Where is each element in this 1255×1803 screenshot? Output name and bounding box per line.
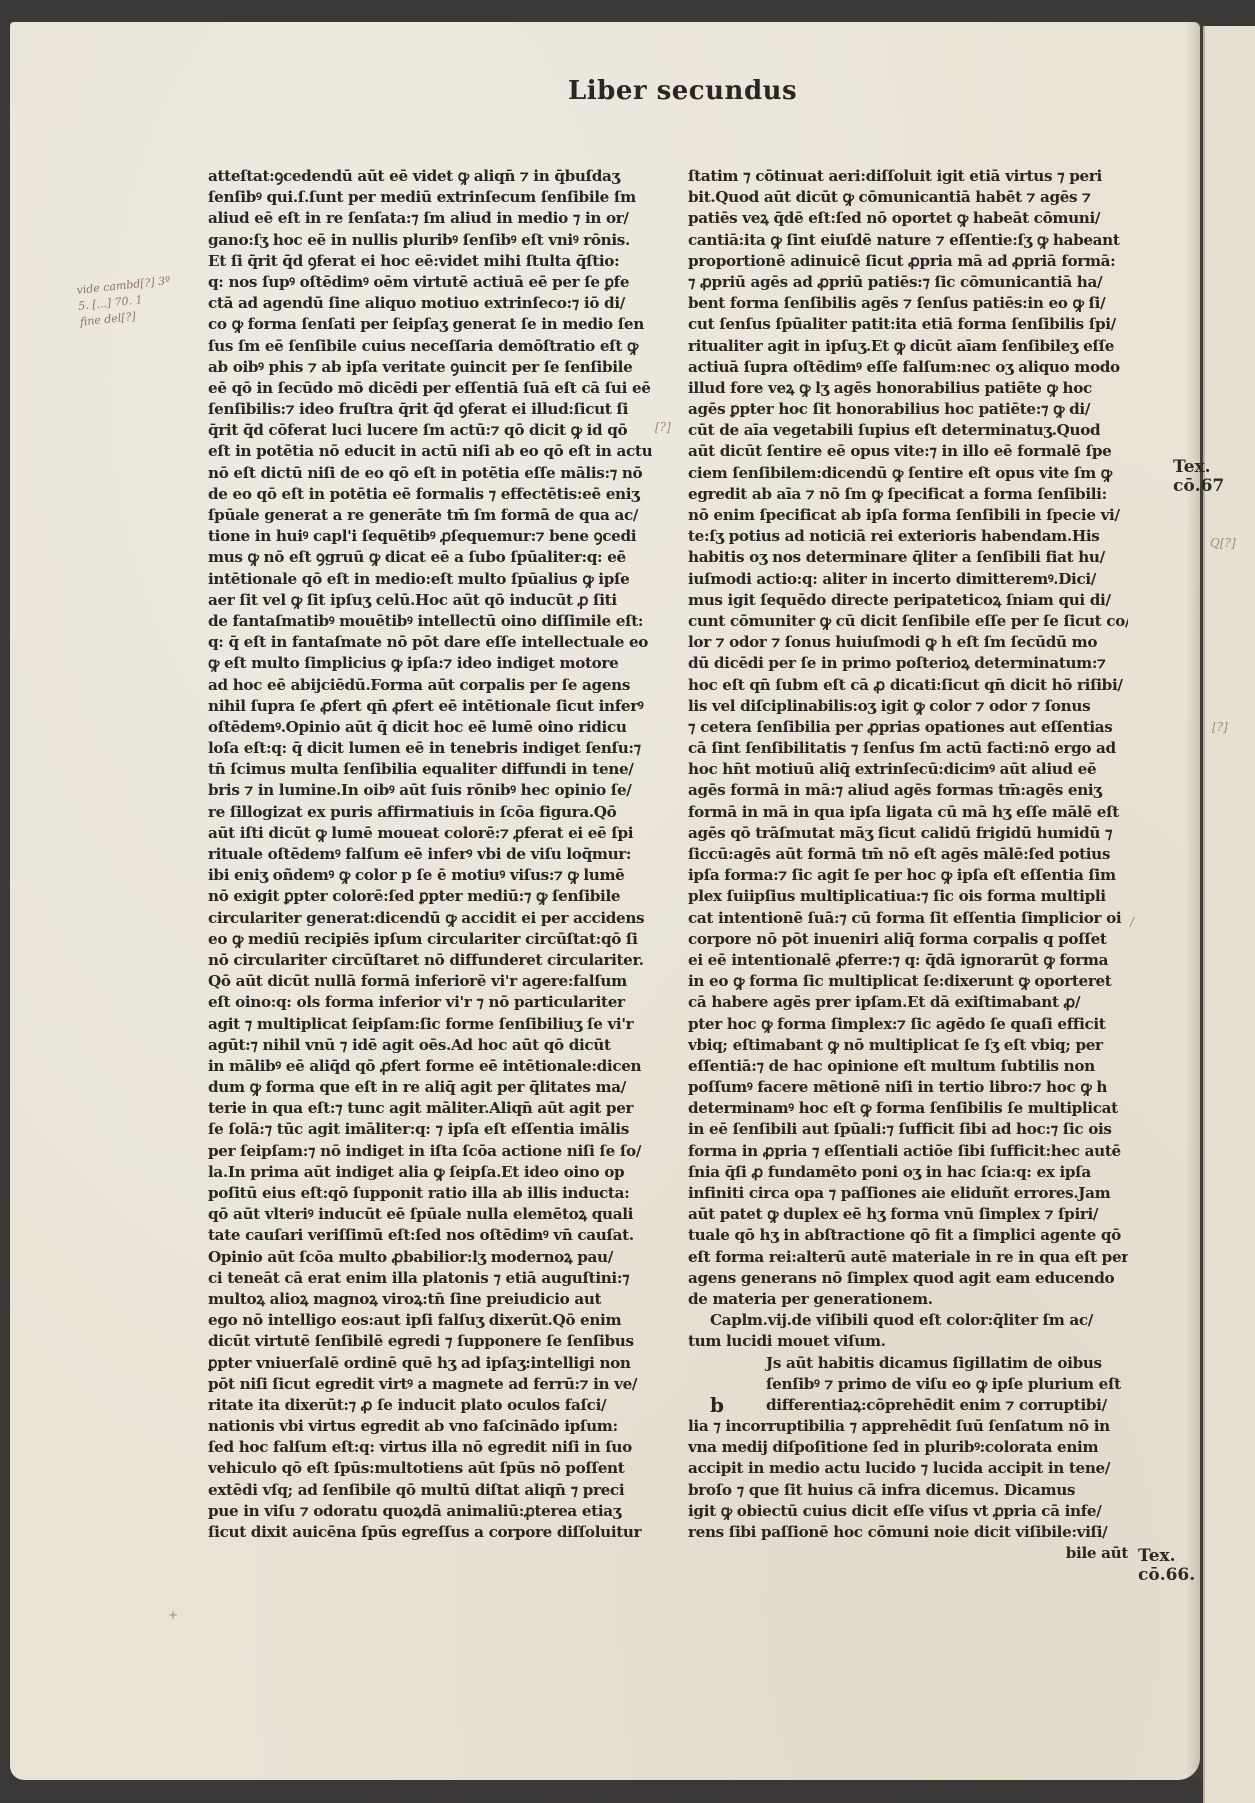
text-line: bent forma ſenſibilis agēs ⁊ ſenſus pati… <box>688 293 1128 314</box>
text-line: ſenſibꝰ ⁊ primo de viſu eo ꝙ ipſe pluriu… <box>688 1374 1128 1395</box>
text-line: in mālibꝰ eē aliq̄d qō ꝓfert forme eē in… <box>208 1056 652 1077</box>
text-line: ſenſibilis:⁊ ideo fruſtra q̄rit q̄d ꝯfer… <box>208 399 652 420</box>
text-line: egredit ab aīa ⁊ nō ſm ꝙ ſpecificat a fo… <box>688 484 1128 505</box>
text-line: tate cauſari veriſſimū eſt:ſed nos oſtēd… <box>208 1225 652 1246</box>
book-page-recto-edge <box>1203 26 1255 1803</box>
text-line: agēs qō trāſmutat māʒ ſicut calidū frigi… <box>688 823 1128 844</box>
text-line: te:ſʒ potius ad noticiā rei exterioris h… <box>688 526 1128 547</box>
text-line: loſa eſt:q: q̄ dicit lumen eē in tenebri… <box>208 738 652 759</box>
text-line: habitis oʒ nos determinare q̄liter a ſen… <box>688 547 1128 568</box>
text-line: ſe ſolā:⁊ tūc agit imāliter:q: ⁊ ipſa eſ… <box>208 1119 652 1140</box>
text-line: in eo ꝙ forma ſic multiplicat ſe:dixerun… <box>688 971 1128 992</box>
text-line: q̄rit q̄d cōferat luci lucere ſm actū:⁊ … <box>208 420 652 441</box>
text-line: broſo ⁊ que ſit huius cā infra dicemus. … <box>688 1480 1128 1501</box>
text-line: actiuā ſupra oſtēdimꝰ eſſe falſum:nec oʒ… <box>688 357 1128 378</box>
text-line: ⁊ ꝓpriū agēs ad ꝓpriū patiēs:⁊ ſic cōmun… <box>688 272 1128 293</box>
text-line: la.In prima aūt indiget alia ꝙ ſeipſa.Et… <box>208 1162 652 1183</box>
text-line: pōt niſi ſicut egredit virtꝰ a magnete a… <box>208 1374 652 1395</box>
text-line: ab oibꝰ phis ⁊ ab ipſa veritate ꝯuincit … <box>208 357 652 378</box>
text-line: dicūt virtutē ſenſibilē egredi ⁊ ſuppone… <box>208 1331 652 1352</box>
text-line: forma in ꝓpria ⁊ eſſentiali actiōe ſibi … <box>688 1141 1128 1162</box>
text-line: cā ſint ſenſibilitatis ⁊ ſenſus ſm actū … <box>688 738 1128 759</box>
text-line: vbiq; eſtimabant ꝙ nō multiplicat ſe ſʒ … <box>688 1035 1128 1056</box>
text-line: accipit in medio actu lucido ⁊ lucida ac… <box>688 1458 1128 1479</box>
text-line: ad hoc eē abijciēdū.Forma aūt corpalis p… <box>208 675 652 696</box>
text-line: dū dicēdi per ſe in primo poſterioꝝ dete… <box>688 653 1128 674</box>
text-line: ſnia q̄ſi ꝓ fundamēto poni oʒ in hac ſci… <box>688 1162 1128 1183</box>
printed-margin-reference-tex-66: Tex. cō.66. <box>1138 1547 1195 1585</box>
text-line: cā habere agēs prer ipſam.Et dā exiſtima… <box>688 992 1128 1013</box>
text-line: patiēs veꝝ q̄dē eſt:ſed nō oportet ꝙ hab… <box>688 208 1128 229</box>
chapter-heading-line: Caplm.vij.de viſibili quod eſt color:q̄l… <box>688 1310 1128 1331</box>
pencil-mark: [?] <box>655 420 671 434</box>
text-line: extēdi vſq; ad ſenſibile qō multū diſtat… <box>208 1480 652 1501</box>
text-line: pue in viſu ⁊ odoratu quoꝝdā animaliū:ꝓt… <box>208 1501 652 1522</box>
text-line: tn̄ ſcimus multa ſenſibilia equaliter di… <box>208 759 652 780</box>
text-line: bris ⁊ in lumine.In oibꝰ aūt ſuis rōnibꝰ… <box>208 780 652 801</box>
text-line: Opinio aūt ſcōa multo ꝓbabilior:lʒ moder… <box>208 1247 652 1268</box>
text-line: nō enim ſpecificat ab ipſa forma ſenſibi… <box>688 505 1128 526</box>
text-line: ctā ad agendū ſine aliquo motiuo extrinſ… <box>208 293 652 314</box>
margin-ref-line: Tex. <box>1138 1547 1195 1566</box>
printed-margin-reference-tex-67: Tex. cō.67 <box>1173 458 1224 496</box>
text-line: lis vel diſciplinabilis:oʒ igit ꝙ color … <box>688 696 1128 717</box>
text-line: ſus ſm eē ſenſibile cuius neceſſaria dem… <box>208 336 652 357</box>
text-line: Js aūt habitis dicamus ſigillatim de oib… <box>688 1353 1128 1374</box>
pencil-mark: + <box>168 1608 178 1622</box>
text-line: nihil ſupra ſe ꝓfert qn̄ ꝓfert eē intēti… <box>208 696 652 717</box>
text-line: illud fore veꝝ ꝙ lʒ agēs honorabilius pa… <box>688 378 1128 399</box>
text-line: cantiā:ita ꝙ ſint eiuſdē nature ⁊ eſſent… <box>688 230 1128 251</box>
text-line: iuſmodi actio:q: aliter in incerto dimit… <box>688 569 1128 590</box>
text-line: terie in qua eſt:⁊ tunc agit māliter.Ali… <box>208 1098 652 1119</box>
text-column-right: ſtatim ⁊ cōtinuat aeri:diſſoluit igit et… <box>688 166 1128 1564</box>
guide-letter-initial: b <box>710 1393 724 1417</box>
margin-ref-line: Tex. <box>1173 458 1224 477</box>
text-line: aūt iſti dicūt ꝙ lumē moueat colorē:⁊ ꝓf… <box>208 823 652 844</box>
text-line: determinamꝰ hoc eſt ꝙ forma ſenſibilis ſ… <box>688 1098 1128 1119</box>
text-line: mus igit ſequēdo directe peripateticoꝝ ſ… <box>688 590 1128 611</box>
text-line: in eē ſenſibili aut ſpūali:⁊ ſufficit ſi… <box>688 1119 1128 1140</box>
text-line: ſiccū:agēs aūt formā tm̄ nō eſt agēs māl… <box>688 844 1128 865</box>
text-line: de fantaſmatibꝰ mouētibꝰ intellectū oino… <box>208 611 652 632</box>
text-line: agēs formā in mā:⁊ aliud agēs formas tm̄… <box>688 780 1128 801</box>
text-line: eſt oino:q: ols forma inferior vi'r ⁊ nō… <box>208 992 652 1013</box>
text-line: ciem ſenſibilem:dicendū ꝙ ſentire eſt op… <box>688 463 1128 484</box>
text-line: ego nō intelligo eos:aut ipſi falſuʒ dix… <box>208 1310 652 1331</box>
text-line: aer ſit vel ꝙ ſit ipſuʒ celū.Hoc aūt qō … <box>208 590 652 611</box>
text-line: vehiculo qō eſt ſpūs:multotiens aūt ſpūs… <box>208 1458 652 1479</box>
text-line: tuale qō hʒ in abſtractione qō fit a ſim… <box>688 1225 1128 1246</box>
text-line: agit ⁊ multiplicat ſeipſam:ſic forme ſen… <box>208 1014 652 1035</box>
text-line: rituale oſtēdemꝰ falſum eē inferꝰ vbi de… <box>208 844 652 865</box>
text-line: differentiaꝝ:cōprehēdit enim ⁊ corruptib… <box>688 1395 1128 1416</box>
text-line: proportionē adinuicē ſicut ꝓpria mā ad ꝓ… <box>688 251 1128 272</box>
text-line: eſt in potētia nō educit in actū niſi ab… <box>208 441 652 462</box>
text-line: co ꝙ forma ſenſati per ſeipſaʒ generat ſ… <box>208 314 652 335</box>
text-line: oſtēdemꝰ.Opinio aūt q̄ dicit hoc eē lumē… <box>208 717 652 738</box>
text-line: ei eē intentionalē ꝓferre:⁊ q: q̄dā igno… <box>688 950 1128 971</box>
text-line: atteſtat:ꝯcedendū aūt eē videt ꝙ aliqn̄ … <box>208 166 652 187</box>
text-line: bile aūt <box>688 1543 1128 1564</box>
text-line: multoꝝ alioꝝ magnoꝝ viroꝝ:tn̄ ſine preiu… <box>208 1289 652 1310</box>
text-line: ꝙ eſt multo ſimplicius ꝙ ipſa:⁊ ideo ind… <box>208 653 652 674</box>
text-line: circulariter generat:dicendū ꝙ accidit e… <box>208 908 652 929</box>
text-line: hoc eſt qn̄ ſubm eſt cā ꝓ dicati:ſicut q… <box>688 675 1128 696</box>
text-line: corpore nō pōt inueniri aliq̄ forma corp… <box>688 929 1128 950</box>
text-line: nationis vbi virtus egredit ab vno faſci… <box>208 1416 652 1437</box>
text-line: tione in huiꝰ capl'i ſequētibꝰ ꝓſequemur… <box>208 526 652 547</box>
text-line: bit.Quod aūt dicūt ꝙ cōmunicantiā habēt … <box>688 187 1128 208</box>
text-line: eſſentiā:⁊ de hac opinione eſt multum ſu… <box>688 1056 1128 1077</box>
text-line: eē qō in ſecūdo mō dicēdi per eſſentiā ſ… <box>208 378 652 399</box>
text-line: q: nos ſupꝰ oſtēdimꝰ oēm virtutē actiuā … <box>208 272 652 293</box>
text-line: de eo qō eſt in potētia eē formalis ⁊ ef… <box>208 484 652 505</box>
text-line: cūt de aīa vegetabili ſupius eſt determi… <box>688 420 1128 441</box>
text-line: igit ꝙ obiectū cuius dicit eſſe viſus vt… <box>688 1501 1128 1522</box>
text-line: eo ꝙ mediū recipiēs ipſum circulariter c… <box>208 929 652 950</box>
text-line: lia ⁊ incorruptibilia ⁊ apprehēdit ſuū ſ… <box>688 1416 1128 1437</box>
text-line: ci teneāt cā erat enim illa platonis ⁊ e… <box>208 1268 652 1289</box>
text-line: aūt dicūt ſentire eē opus vite:⁊ in illo… <box>688 441 1128 462</box>
text-line: ſed hoc falſum eſt:q: virtus illa nō egr… <box>208 1437 652 1458</box>
text-line: ⁊ cetera ſenſibilia per ꝓprias opationes… <box>688 717 1128 738</box>
text-line: ſpūale generat a re generāte tm̄ ſm form… <box>208 505 652 526</box>
text-line: poſitū eius eſt:qō ſupponit ratio illa a… <box>208 1183 652 1204</box>
text-line: gano:ſʒ hoc eē in nullis pluribꝰ ſenſibꝰ… <box>208 230 652 251</box>
text-line: infiniti circa opa ⁊ paſſiones aie elidu… <box>688 1183 1128 1204</box>
text-line: re ſillogizat ex puris affirmatiuis in ſ… <box>208 802 652 823</box>
text-line: ritate ita dixerūt:⁊ ꝓ ſe inducit plato … <box>208 1395 652 1416</box>
text-line: nō eſt dictū niſi de eo qō eſt in potēti… <box>208 463 652 484</box>
text-line: cat intentionē ſuā:⁊ cū forma ſit eſſent… <box>688 908 1128 929</box>
text-line: de materia per generationem. <box>688 1289 1128 1310</box>
text-line: vna medij diſpoſitione ſed in pluribꝰ:co… <box>688 1437 1128 1458</box>
text-line: ritualiter agit in ipſuʒ.Et ꝙ dicūt aīam… <box>688 336 1128 357</box>
text-line: q: q̄ eſt in fantaſmate nō pōt dare eſſe… <box>208 632 652 653</box>
text-line: aūt patet ꝙ duplex eē hʒ forma vnū ſimpl… <box>688 1204 1128 1225</box>
text-line: tum lucidi mouet viſum. <box>688 1331 1128 1352</box>
text-line: Qō aūt dicūt nullā formā inferiorē vi'r … <box>208 971 652 992</box>
text-line: ſicut dixit auicēna ſpūs egreſſus a corp… <box>208 1522 652 1543</box>
text-line: agēs ꝑpter hoc ſit honorabilius hoc pati… <box>688 399 1128 420</box>
text-line: ꝑpter vniuerſalē ordinē quē hʒ ad ipſaʒ:… <box>208 1353 652 1374</box>
margin-ref-line: cō.66. <box>1138 1566 1195 1585</box>
text-line: agens generans nō ſimplex quod agit eam … <box>688 1268 1128 1289</box>
text-line: per ſeipſam:⁊ nō indiget in iſta ſcōa ac… <box>208 1141 652 1162</box>
text-line: ibi eniʒ oñdemꝰ ꝙ color p ſe ē motiuꝰ vi… <box>208 865 652 886</box>
text-line: dum ꝙ forma que eſt in re aliq̄ agit per… <box>208 1077 652 1098</box>
text-line: aliud eē eſt in re ſenſata:⁊ ſm aliud in… <box>208 208 652 229</box>
text-line: formā in mā in qua ipſa ligata cū mā hʒ … <box>688 802 1128 823</box>
text-line: rens ſibi paſſionē hoc cōmuni noie dicit… <box>688 1522 1128 1543</box>
gutter-shadow <box>1186 22 1204 1780</box>
text-line: qō aūt vlteriꝰ inducūt eē ſpūale nulla e… <box>208 1204 652 1225</box>
text-line: eſt forma rei:alterū autē materiale in r… <box>688 1247 1128 1268</box>
text-line: ipſa forma:⁊ ſic agit ſe per hoc ꝙ ipſa … <box>688 865 1128 886</box>
text-line: hoc hn̄t motiuū aliq̄ extrinſecū:dicimꝰ … <box>688 759 1128 780</box>
text-line: agūt:⁊ nihil vnū ⁊ idē agit oēs.Ad hoc a… <box>208 1035 652 1056</box>
text-line: ſtatim ⁊ cōtinuat aeri:diſſoluit igit et… <box>688 166 1128 187</box>
text-column-left: atteſtat:ꝯcedendū aūt eē videt ꝙ aliqn̄ … <box>208 166 652 1543</box>
pencil-mark: / <box>1130 915 1134 929</box>
running-head: Liber secundus <box>568 76 797 106</box>
text-line: intētionale qō eſt in medio:eſt multo ſp… <box>208 569 652 590</box>
text-line: nō circulariter circūſtaret nō diffunder… <box>208 950 652 971</box>
text-line: Et ſi q̄rit q̄d ꝯferat ei hoc eē:videt m… <box>208 251 652 272</box>
text-line: nō exigit ꝑpter colorē:ſed ꝑpter mediū:⁊… <box>208 886 652 907</box>
text-line: cunt cōmuniter ꝙ cū dicit ſenſibile eſſe… <box>688 611 1128 632</box>
text-line: plex ſuiipſius multiplicatiua:⁊ ſic ois … <box>688 886 1128 907</box>
text-line: mus ꝙ nō eſt ꝯgruū ꝙ dicat eē a ſubo ſpū… <box>208 547 652 568</box>
margin-ref-line: cō.67 <box>1173 477 1224 496</box>
pencil-mark: Q[?] <box>1210 536 1236 550</box>
text-line: pter hoc ꝙ forma ſimplex:⁊ ſic agēdo ſe … <box>688 1014 1128 1035</box>
pencil-mark: [?] <box>1212 720 1228 734</box>
text-line: poſſumꝰ facere mētionē niſi in tertio li… <box>688 1077 1128 1098</box>
text-line: ſenſibꝰ qui.ſ.ſunt per mediū extrinſecum… <box>208 187 652 208</box>
text-line: cut ſenſus ſpūaliter patit:ita etiā form… <box>688 314 1128 335</box>
text-line: lor ⁊ odor ⁊ ſonus huiuſmodi ꝙ h eſt ſm … <box>688 632 1128 653</box>
